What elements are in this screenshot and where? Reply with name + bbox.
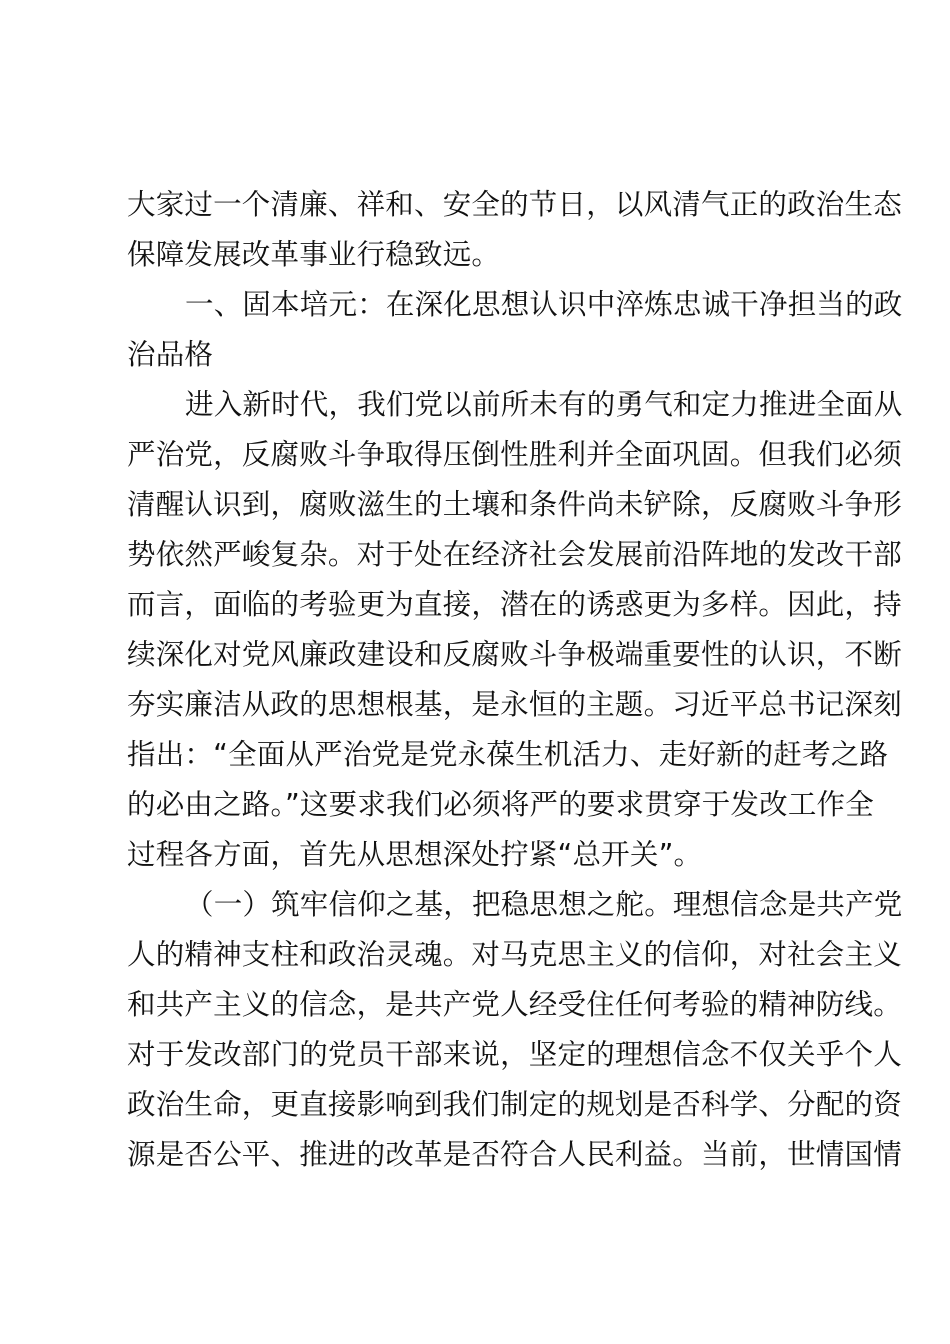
paragraph-closing: 大家过一个清廉、祥和、安全的节日，以风清气正的政治生态 保障发展改革事业行稳致远… — [127, 180, 833, 280]
text-line: 过程各方面，首先从思想深处拧紧“总开关”。 — [127, 830, 833, 880]
text-line: （一）筑牢信仰之基，把稳思想之舵。理想信念是共产党 — [127, 880, 833, 930]
text-line: 源是否公平、推进的改革是否符合人民利益。当前，世情国情 — [127, 1130, 833, 1180]
text-line: 续深化对党风廉政建设和反腐败斗争极端重要性的认识，不断 — [127, 630, 833, 680]
text-line: 大家过一个清廉、祥和、安全的节日，以风清气正的政治生态 — [127, 180, 833, 230]
text-line: 和共产主义的信念，是共产党人经受住任何考验的精神防线。 — [127, 980, 833, 1030]
document-page: 大家过一个清廉、祥和、安全的节日，以风清气正的政治生态 保障发展改革事业行稳致远… — [127, 180, 833, 1180]
text-line: 而言，面临的考验更为直接，潜在的诱惑更为多样。因此，持 — [127, 580, 833, 630]
text-line: 进入新时代，我们党以前所未有的勇气和定力推进全面从 — [127, 380, 833, 430]
text-line: 夯实廉洁从政的思想根基，是永恒的主题。习近平总书记深刻 — [127, 680, 833, 730]
section-heading: 一、固本培元：在深化思想认识中淬炼忠诚干净担当的政 治品格 — [127, 280, 833, 380]
text-line: 指出：“全面从严治党是党永葆生机活力、走好新的赶考之路 — [127, 730, 833, 780]
text-line: 政治生命，更直接影响到我们制定的规划是否科学、分配的资 — [127, 1080, 833, 1130]
text-line: 清醒认识到，腐败滋生的土壤和条件尚未铲除，反腐败斗争形 — [127, 480, 833, 530]
text-line: 人的精神支柱和政治灵魂。对马克思主义的信仰，对社会主义 — [127, 930, 833, 980]
paragraph-body-1: 进入新时代，我们党以前所未有的勇气和定力推进全面从 严治党，反腐败斗争取得压倒性… — [127, 380, 833, 880]
text-line: 保障发展改革事业行稳致远。 — [127, 230, 833, 280]
heading-line: 治品格 — [127, 330, 833, 380]
text-line: 对于发改部门的党员干部来说，坚定的理想信念不仅关乎个人 — [127, 1030, 833, 1080]
heading-line: 一、固本培元：在深化思想认识中淬炼忠诚干净担当的政 — [127, 280, 833, 330]
text-line: 严治党，反腐败斗争取得压倒性胜利并全面巩固。但我们必须 — [127, 430, 833, 480]
text-line: 势依然严峻复杂。对于处在经济社会发展前沿阵地的发改干部 — [127, 530, 833, 580]
text-line: 的必由之路。”这要求我们必须将严的要求贯穿于发改工作全 — [127, 780, 833, 830]
paragraph-body-2: （一）筑牢信仰之基，把稳思想之舵。理想信念是共产党 人的精神支柱和政治灵魂。对马… — [127, 880, 833, 1180]
